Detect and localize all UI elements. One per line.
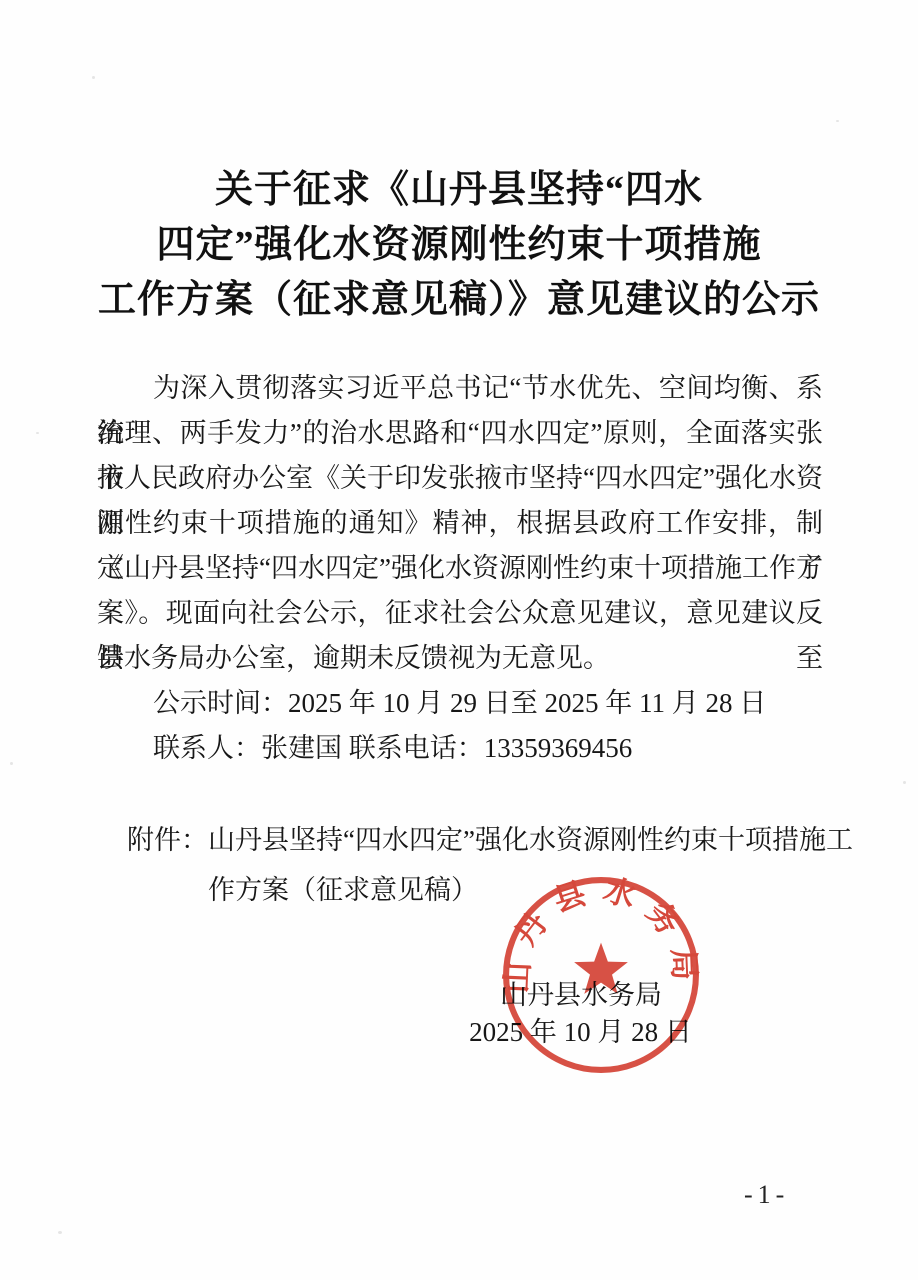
scanned-document-page: 关于征求《山丹县坚持“四水 四定”强化水资源刚性约束十项措施 工作方案（征求意见… [0,0,918,1280]
attachment-line-2: 作方案（征求意见稿） [208,868,478,913]
body-line: 《山丹县坚持“四水四定”强化水资源刚性约束十项措施工作方 [97,546,823,591]
scan-speck [36,432,39,434]
attachment-line-1: 附件：山丹县坚持“四水四定”强化水资源刚性约束十项措施工 [127,818,853,863]
body-line: 为深入贯彻落实习近平总书记“节水优先、空间均衡、系统 [97,366,823,411]
scan-speck [903,781,906,784]
document-title: 关于征求《山丹县坚持“四水 四定”强化水资源刚性约束十项措施 工作方案（征求意见… [0,163,918,328]
body-line: 案》。现面向社会公示，征求社会公众意见建议，意见建议反馈至 [97,591,823,636]
scan-speck [58,1231,62,1234]
official-seal: 山丹县水务局 [500,874,702,1076]
body-line: 市人民政府办公室《关于印发张掖市坚持“四水四定”强化水资源 [97,456,823,501]
page-number: -1- [744,1180,789,1210]
document-body: 为深入贯彻落实习近平总书记“节水优先、空间均衡、系统 治理、两手发力”的治水思路… [97,366,823,771]
title-line-3: 工作方案（征求意见稿）》意见建议的公示 [0,273,918,328]
body-line: 刚性约束十项措施的通知》精神，根据县政府工作安排，制定了 [97,501,823,546]
scan-speck [92,76,95,79]
notice-period-line: 公示时间：2025 年 10 月 29 日至 2025 年 11 月 28 日 [97,681,823,726]
red-star-icon [574,943,628,994]
scan-speck [836,120,839,122]
title-line-1: 关于征求《山丹县坚持“四水 [0,163,918,218]
contact-line: 联系人：张建国 联系电话：13359369456 [97,726,823,771]
body-line: 治理、两手发力”的治水思路和“四水四定”原则，全面落实张掖 [97,411,823,456]
title-line-2: 四定”强化水资源刚性约束十项措施 [0,218,918,273]
scan-speck [10,762,13,765]
